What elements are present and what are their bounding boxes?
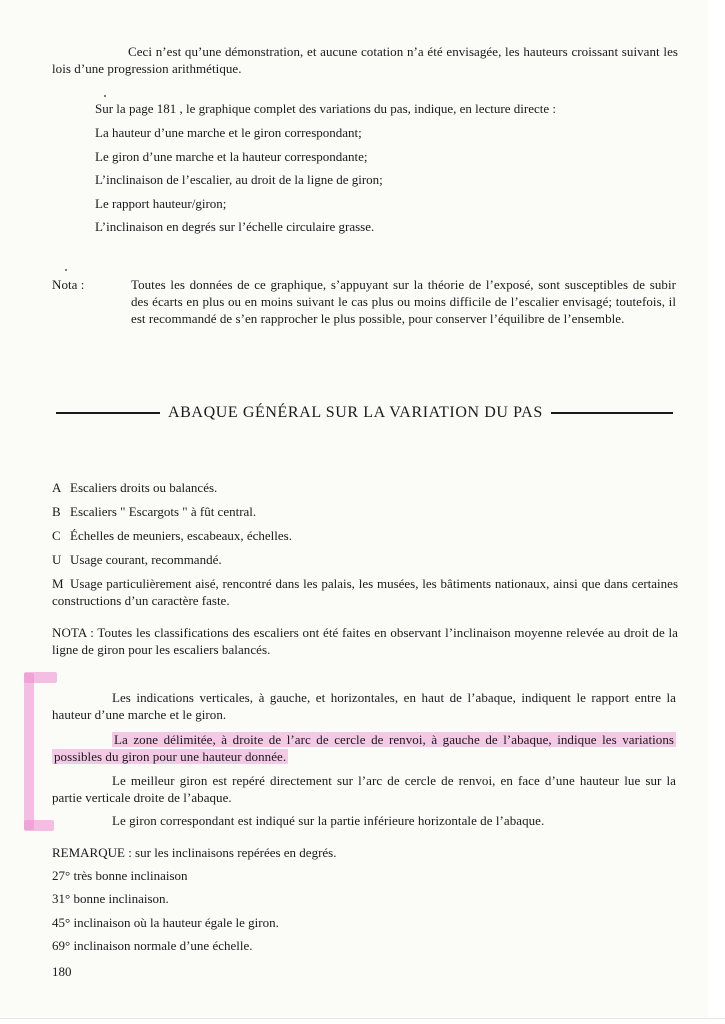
angle-value: 31° [52, 891, 70, 906]
legend-text: Escaliers " Escargots " à fût central. [70, 504, 256, 519]
explanation-paragraph: Le meilleur giron est repéré directement… [52, 772, 676, 806]
angle-description: bonne inclinaison. [73, 891, 168, 906]
legend-key: U [52, 551, 70, 568]
angle-description: inclinaison où la hauteur égale le giron… [73, 915, 278, 930]
graph-description-item: L’inclinaison de l’escalier, au droit de… [95, 171, 383, 188]
title-rule-left [56, 412, 160, 414]
section-title-row: ABAQUE GÉNÉRAL SUR LA VARIATION DU PAS [56, 400, 673, 426]
legend-item-u: UUsage courant, recommandé. [52, 551, 678, 568]
intro-paragraph: Ceci n’est qu’une démonstration, et aucu… [52, 43, 678, 77]
remark-heading: REMARQUE : sur les inclinaisons repérées… [52, 844, 337, 861]
angle-description: inclinaison normale d’une échelle. [73, 938, 252, 953]
page-number: 180 [52, 964, 72, 980]
remark-item: 45° inclinaison où la hauteur égale le g… [52, 914, 279, 931]
remark-item: 31° bonne inclinaison. [52, 890, 169, 907]
graph-description-item: La hauteur d’une marche et le giron corr… [95, 124, 362, 141]
nota-text: Toutes les données de ce graphique, s’ap… [131, 276, 676, 327]
legend-item-m: MUsage particulièrement aisé, rencontré … [52, 575, 678, 609]
legend-key: M [52, 575, 70, 592]
explanation-paragraph: Le giron correspondant est indiqué sur l… [52, 812, 676, 829]
scan-speck [104, 95, 106, 97]
explanation-paragraph: Les indications verticales, à gauche, et… [52, 689, 676, 723]
graph-description-item: Le rapport hauteur/giron; [95, 195, 226, 212]
page-edge [708, 0, 725, 1024]
page-bottom-edge [0, 1018, 725, 1024]
scan-speck [65, 269, 67, 271]
remark-item: 27° très bonne inclinaison [52, 867, 188, 884]
legend-text: Usage courant, recommandé. [70, 552, 222, 567]
highlighted-text: La zone délimitée, à droite de l’arc de … [52, 732, 676, 764]
legend-key: B [52, 503, 70, 520]
angle-description: très bonne inclinaison [73, 868, 187, 883]
legend-item-a: AEscaliers droits ou balancés. [52, 479, 678, 496]
angle-value: 69° [52, 938, 70, 953]
explanation-paragraph-highlighted: La zone délimitée, à droite de l’arc de … [52, 731, 676, 765]
legend-item-b: BEscaliers " Escargots " à fût central. [52, 503, 678, 520]
highlighter-bracket-top [24, 672, 57, 683]
title-rule-right [551, 412, 673, 414]
remark-item: 69° inclinaison normale d’une échelle. [52, 937, 253, 954]
section-title: ABAQUE GÉNÉRAL SUR LA VARIATION DU PAS [160, 404, 551, 422]
legend-key: C [52, 527, 70, 544]
highlighter-bracket-bottom [24, 820, 54, 831]
legend-text: Usage particulièrement aisé, rencontré d… [52, 576, 678, 608]
highlighter-bracket [24, 673, 34, 830]
angle-value: 45° [52, 915, 70, 930]
graph-description-item: Le giron d’une marche et la hauteur corr… [95, 148, 368, 165]
nota-label: Nota : [52, 276, 84, 293]
angle-value: 27° [52, 868, 70, 883]
graph-description-item: L’inclinaison en degrés sur l’échelle ci… [95, 218, 374, 235]
legend-text: Escaliers droits ou balancés. [70, 480, 217, 495]
nota-classification: NOTA : Toutes les classifications des es… [52, 624, 678, 658]
legend-text: Échelles de meuniers, escabeaux, échelle… [70, 528, 292, 543]
graph-description-lead: Sur la page 181 , le graphique complet d… [95, 100, 556, 117]
legend-key: A [52, 479, 70, 496]
legend-item-c: CÉchelles de meuniers, escabeaux, échell… [52, 527, 678, 544]
